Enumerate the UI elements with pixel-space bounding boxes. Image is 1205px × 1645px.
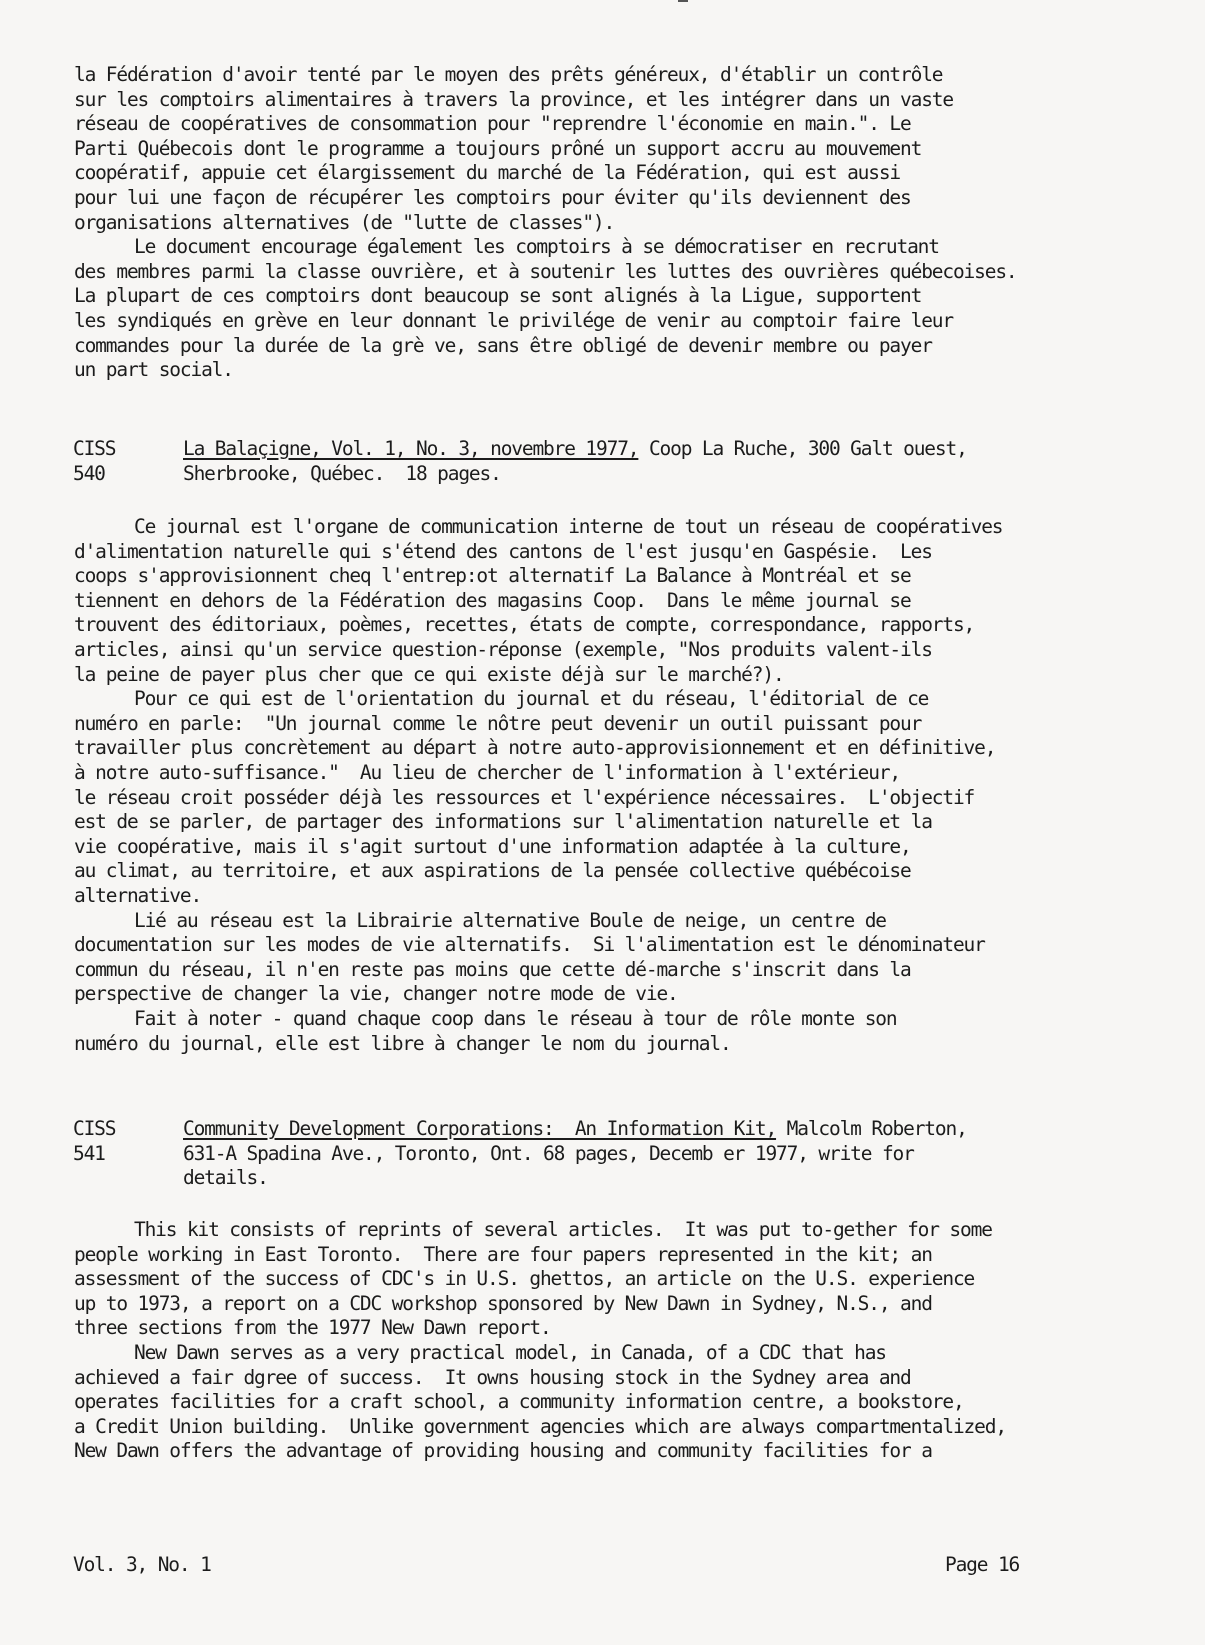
text-line: coopératif, appuie cet élargissement du … <box>74 161 900 186</box>
text-line: d'alimentation naturelle qui s'étend des… <box>74 540 932 565</box>
text-line: pour lui une façon de récupérer les comp… <box>74 186 911 211</box>
text-line: un part social. <box>74 358 233 383</box>
text-line: Lié au réseau est la Librairie alternati… <box>134 909 886 934</box>
entry-id-number: 541 <box>73 1142 105 1167</box>
text-line: commandes pour la durée de la grè ve, sa… <box>74 334 932 359</box>
text-line: les syndiqués en grève en leur donnant l… <box>74 309 953 334</box>
text-line: Ce journal est l'organe de communication… <box>134 515 1002 540</box>
footer-volume: Vol. 3, No. 1 <box>73 1553 211 1578</box>
entry-title: La Balaçigne, Vol. 1, No. 3, novembre 19… <box>183 437 638 460</box>
text-line: commun du réseau, il n'en reste pas moin… <box>74 958 911 983</box>
text-line: numéro du journal, elle est libre à chan… <box>74 1032 731 1057</box>
text-line: This kit consists of reprints of several… <box>134 1218 992 1243</box>
text-line: articles, ainsi qu'un service question-r… <box>74 638 932 663</box>
entry-citation-line: Sherbrooke, Québec. 18 pages. <box>183 462 501 487</box>
text-line: operates facilities for a craft school, … <box>74 1390 964 1415</box>
text-line: la Fédération d'avoir tenté par le moyen… <box>74 63 942 88</box>
text-line: three sections from the 1977 New Dawn re… <box>74 1316 551 1341</box>
text-line: est de se parler, de partager des inform… <box>74 810 932 835</box>
entry-citation-line: 631-A Spadina Ave., Toronto, Ont. 68 pag… <box>183 1142 914 1167</box>
text-line: people working in East Toronto. There ar… <box>74 1243 932 1268</box>
entry-id-number: 540 <box>73 462 105 487</box>
entry-id-label: CISS <box>73 437 115 462</box>
text-line: la peine de payer plus cher que ce qui e… <box>74 663 784 688</box>
text-line: le réseau croit posséder déjà les ressou… <box>74 786 974 811</box>
text-line: coops s'approvisionnent cheq l'entrep:ot… <box>74 564 911 589</box>
text-line: travailler plus concrètement au départ à… <box>74 736 995 761</box>
text-line: assessment of the success of CDC's in U.… <box>74 1267 974 1292</box>
text-line: à notre auto-suffisance." Au lieu de che… <box>74 761 900 786</box>
text-line: up to 1973, a report on a CDC workshop s… <box>74 1292 932 1317</box>
text-line: perspective de changer la vie, changer n… <box>74 982 678 1007</box>
text-line: achieved a fair dgree of success. It own… <box>74 1366 911 1391</box>
text-line: La plupart de ces comptoirs dont beaucou… <box>74 284 921 309</box>
text-line: tiennent en dehors de la Fédération des … <box>74 589 911 614</box>
text-line: organisations alternatives (de "lutte de… <box>74 211 614 236</box>
entry-id-label: CISS <box>73 1117 115 1142</box>
footer-page-number: Page 16 <box>945 1553 1019 1578</box>
text-line: a Credit Union building. Unlike governme… <box>74 1415 1006 1440</box>
text-line: Parti Québecois dont le programme a touj… <box>74 137 921 162</box>
entry-citation: Community Development Corporations: An I… <box>183 1117 967 1142</box>
text-line: New Dawn serves as a very practical mode… <box>134 1341 886 1366</box>
entry-publisher: Coop La Ruche, 300 Galt ouest, <box>638 437 966 460</box>
text-line: trouvent des éditoriaux, poèmes, recette… <box>74 613 974 638</box>
text-line: des membres parmi la classe ouvrière, et… <box>74 260 1017 285</box>
text-line: sur les comptoirs alimentaires à travers… <box>74 88 953 113</box>
entry-title: Community Development Corporations: An I… <box>183 1117 776 1140</box>
text-line: numéro en parle: "Un journal comme le nô… <box>74 712 921 737</box>
scan-mark <box>678 0 688 2</box>
text-line: au climat, au territoire, et aux aspirat… <box>74 859 911 884</box>
document-page: la Fédération d'avoir tenté par le moyen… <box>0 0 1205 1645</box>
text-line: alternative. <box>74 884 201 909</box>
text-line: New Dawn offers the advantage of providi… <box>74 1439 932 1464</box>
text-line: vie coopérative, mais il s'agit surtout … <box>74 835 911 860</box>
text-line: documentation sur les modes de vie alter… <box>74 933 985 958</box>
text-line: Fait à noter - quand chaque coop dans le… <box>134 1007 896 1032</box>
entry-citation: La Balaçigne, Vol. 1, No. 3, novembre 19… <box>183 437 967 462</box>
entry-author: Malcolm Roberton, <box>776 1117 967 1140</box>
entry-citation-line: details. <box>183 1166 268 1191</box>
text-line: réseau de coopératives de consommation p… <box>74 112 911 137</box>
text-line: Le document encourage également les comp… <box>134 235 939 260</box>
text-line: Pour ce qui est de l'orientation du jour… <box>134 687 928 712</box>
